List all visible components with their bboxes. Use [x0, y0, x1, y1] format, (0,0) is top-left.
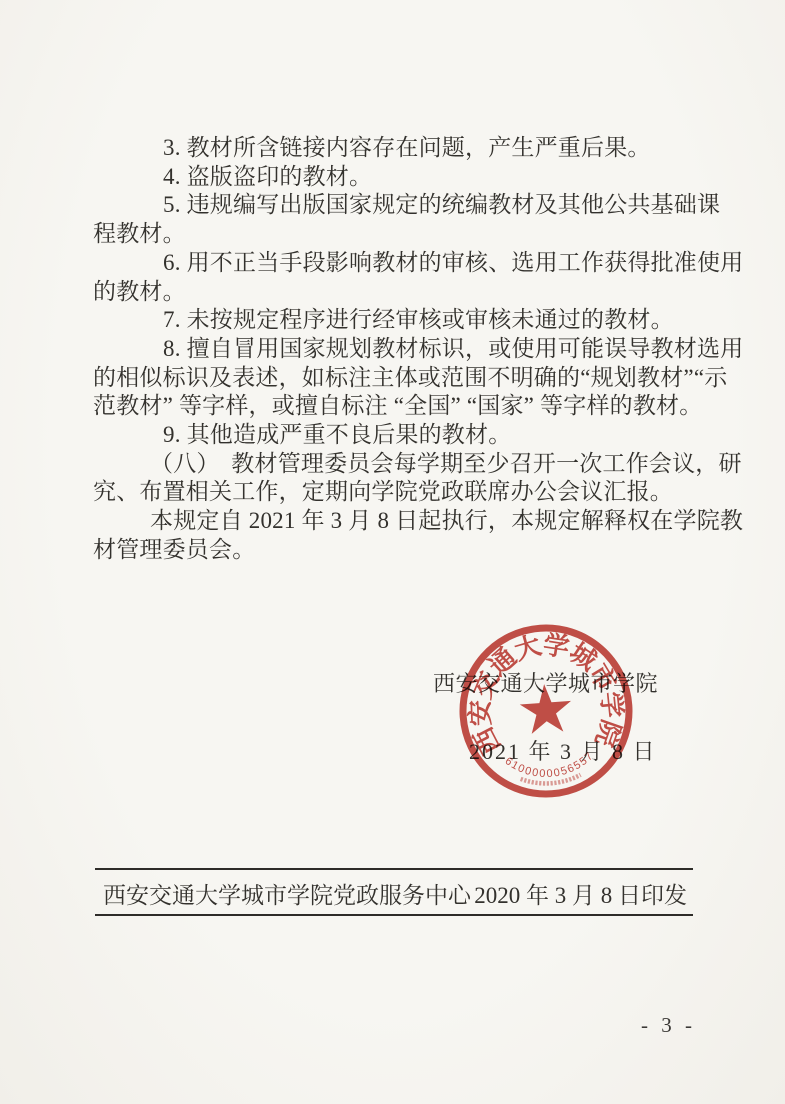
- document-page: 3. 教材所含链接内容存在问题，产生严重后果。 4. 盗版盗印的教材。 5. 违…: [0, 0, 785, 1104]
- body-line: 的相似标识及表述，如标注主体或范围不明确的“规划教材”“示: [93, 364, 713, 393]
- body-line: 究、布置相关工作，定期向学院党政联席办公会议汇报。: [93, 478, 713, 507]
- body-line: 本规定自 2021 年 3 月 8 日起执行，本规定解释权在学院教: [93, 507, 713, 536]
- body-line: 8. 擅自冒用国家规划教材标识，或使用可能误导教材选用: [93, 335, 713, 364]
- official-seal-stamp: 西安交通大学城市学院 6100000056557: [445, 610, 648, 813]
- seal-serial-number: 6100000056557: [502, 749, 598, 783]
- body-line: 范教材” 等字样，或擅自标注 “全国” “国家” 等字样的教材。: [93, 392, 713, 421]
- page-number: - 3 -: [641, 1013, 696, 1038]
- colophon-issuer: 西安交通大学城市学院党政服务中心: [103, 877, 471, 910]
- colophon-row: 西安交通大学城市学院党政服务中心 2020 年 3 月 8 日印发: [95, 870, 693, 916]
- body-line: 6. 用不正当手段影响教材的审核、选用工作获得批准使用: [93, 249, 713, 278]
- body-line: 4. 盗版盗印的教材。: [93, 163, 713, 192]
- body-line: 材管理委员会。: [93, 536, 713, 565]
- body-line: 3. 教材所含链接内容存在问题，产生严重后果。: [93, 134, 713, 163]
- document-body: 3. 教材所含链接内容存在问题，产生严重后果。 4. 盗版盗印的教材。 5. 违…: [93, 134, 713, 565]
- body-line: 7. 未按规定程序进行经审核或审核未通过的教材。: [93, 306, 713, 335]
- seal-star-icon: [518, 682, 573, 734]
- body-line: 的教材。: [93, 278, 713, 307]
- body-line: （八） 教材管理委员会每学期至少召开一次工作会议，研: [93, 450, 713, 479]
- colophon-footer: 西安交通大学城市学院党政服务中心 2020 年 3 月 8 日印发: [95, 868, 693, 916]
- body-line: 程教材。: [93, 220, 713, 249]
- body-line: 9. 其他造成严重不良后果的教材。: [93, 421, 713, 450]
- colophon-print-date: 2020 年 3 月 8 日印发: [474, 877, 687, 910]
- body-line: 5. 违规编写出版国家规定的统编教材及其他公共基础课: [93, 191, 713, 220]
